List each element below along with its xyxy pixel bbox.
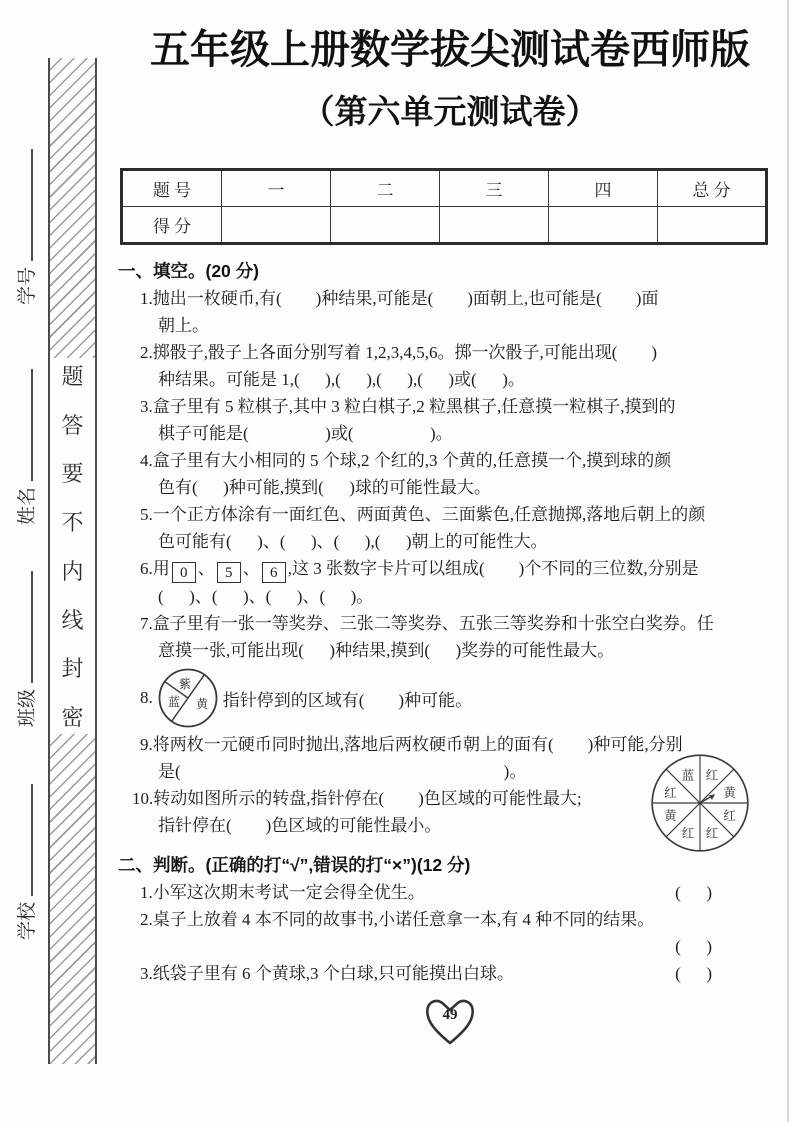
- name-label: 姓名: [12, 487, 39, 525]
- judge-item-3-answer-bracket: ( ): [675, 960, 712, 987]
- school-label: 学校: [12, 902, 39, 940]
- name-blank-line: [18, 369, 33, 481]
- card-separator: 、: [198, 559, 215, 578]
- seal-char: 要: [61, 457, 83, 488]
- score-header-cell: 题 号: [122, 170, 222, 207]
- question-6-line-1: 6.用0、5、6,这 3 张数字卡片可以组成( )个不同的三位数,分别是: [118, 555, 782, 583]
- questions-9-10-block: 9.将两枚一元硬币同时抛出,落地后两枚硬币朝上的面有( )种可能,分别 是( )…: [118, 731, 782, 839]
- question-8-text: 指针停到的区域有( )种可能。: [223, 686, 472, 711]
- page-number-badge: 49: [118, 993, 782, 1047]
- judge-item-2-answer-bracket: ( ): [118, 933, 782, 960]
- question-4-line-1: 4.盒子里有大小相同的 5 个球,2 个红的,3 个黄的,任意摸一个,摸到球的颜: [118, 447, 782, 474]
- page-title: 五年级上册数学拔尖测试卷西师版: [118, 26, 782, 74]
- score-table-header-row: 题 号 一 二 三 四 总 分: [122, 170, 767, 207]
- question-6-text: ,这 3 张数字卡片可以组成( )个不同的三位数,分别是: [288, 559, 699, 578]
- school-blank-line: [18, 784, 33, 896]
- spinner-label-yellow: 黄: [196, 697, 209, 711]
- score-header-cell: 二: [331, 170, 440, 207]
- student-id-blank-line: [18, 149, 33, 261]
- student-id-label: 学号: [12, 267, 39, 305]
- score-cell-empty: [331, 207, 440, 244]
- question-8-number: 8.: [140, 688, 153, 708]
- seal-hatch-top: [50, 58, 95, 358]
- section-1-heading: 一、填空。(20 分): [118, 258, 782, 285]
- question-8: 8. 紫 蓝 黄 指针停到的区域有( )种可能。: [118, 667, 782, 729]
- question-2-line-2: 种结果。可能是 1,( ),( ),( ),( )或( )。: [118, 366, 782, 393]
- seal-char: 密: [61, 701, 83, 732]
- score-header-cell: 三: [440, 170, 549, 207]
- seal-char: 封: [61, 652, 83, 683]
- seal-char: 线: [61, 604, 83, 635]
- judge-item-2-text: 2.桌子上放着 4 本不同的故事书,小诺任意拿一本,有 4 种不同的结果。: [140, 906, 654, 933]
- score-cell-empty: [658, 207, 767, 244]
- question-5-line-1: 5.一个正方体涂有一面红色、两面黄色、三面紫色,任意抛掷,落地后朝上的颜: [118, 501, 782, 528]
- heart-icon: 49: [420, 993, 480, 1047]
- score-row-label: 得 分: [122, 207, 222, 244]
- digit-card-0: 0: [172, 562, 196, 583]
- question-6-line-2: ( )、( )、( )、( )。: [118, 583, 782, 610]
- school-field: 学校: [12, 770, 38, 940]
- seal-char: 答: [61, 409, 83, 440]
- score-table: 题 号 一 二 三 四 总 分 得 分: [120, 168, 768, 245]
- spinner-label-blue: 蓝: [168, 694, 180, 709]
- score-table-score-row: 得 分: [122, 207, 767, 244]
- question-4-line-2: 色有( )种可能,摸到( )球的可能性最大。: [118, 474, 782, 501]
- class-blank-line: [18, 571, 33, 683]
- wheel-sector-label: 黄: [723, 786, 736, 800]
- spinner-wheel-8-sectors: 蓝 红 黄 红 红 红 黄 红: [648, 751, 752, 855]
- question-3-line-1: 3.盒子里有 5 粒棋子,其中 3 粒白棋子,2 粒黑棋子,任意摸一粒棋子,摸到…: [118, 393, 782, 420]
- score-cell-empty: [440, 207, 549, 244]
- score-header-cell: 总 分: [658, 170, 767, 207]
- wheel-sector-label: 红: [664, 786, 677, 800]
- question-3-line-2: 棋子可能是( )或( )。: [118, 420, 782, 447]
- section-2-heading: 二、判断。(正确的打“√”,错误的打“×”)(12 分): [118, 852, 782, 879]
- seal-char: 不: [61, 506, 83, 537]
- judge-item-1: 1.小军这次期末考试一定会得全优生。 ( ): [118, 879, 782, 906]
- seal-char: 题: [61, 360, 83, 391]
- card-separator: 、: [243, 559, 260, 578]
- score-cell-empty: [222, 207, 331, 244]
- seal-line-text: 题 答 要 不 内 线 封 密: [48, 360, 97, 732]
- class-field: 班级: [12, 557, 38, 727]
- score-header-cell: 四: [549, 170, 658, 207]
- judge-item-3: 3.纸袋子里有 6 个黄球,3 个白球,只可能摸出白球。 ( ): [118, 960, 782, 987]
- page-number: 49: [443, 1007, 458, 1023]
- class-label: 班级: [12, 689, 39, 727]
- judge-item-1-answer-bracket: ( ): [675, 879, 712, 906]
- question-6-prefix: 6.用: [140, 559, 170, 578]
- student-id-field: 学号: [12, 135, 38, 305]
- judge-item-1-text: 1.小军这次期末考试一定会得全优生。: [140, 879, 425, 906]
- wheel-sector-label: 红: [706, 827, 719, 841]
- wheel-sector-label: 红: [682, 827, 695, 841]
- page-subtitle: （第六单元测试卷）: [118, 92, 782, 132]
- spinner-label-purple: 紫: [179, 676, 191, 691]
- question-1-line-2: 朝上。: [118, 312, 782, 339]
- question-5-line-2: 色可能有( )、( )、( ),( )朝上的可能性大。: [118, 528, 782, 555]
- judge-item-3-text: 3.纸袋子里有 6 个黄球,3 个白球,只可能摸出白球。: [140, 960, 514, 987]
- wheel-sector-label: 黄: [664, 809, 677, 823]
- wheel-sector-label: 红: [723, 809, 736, 823]
- spinner-diagram-3-regions: 紫 蓝 黄: [157, 667, 219, 729]
- judge-item-2: 2.桌子上放着 4 本不同的故事书,小诺任意拿一本,有 4 种不同的结果。: [118, 906, 782, 933]
- question-7-line-1: 7.盒子里有一张一等奖券、三张二等奖券、五张三等奖券和十张空白奖券。任: [118, 610, 782, 637]
- score-header-cell: 一: [222, 170, 331, 207]
- wheel-sector-label: 蓝: [682, 767, 694, 782]
- digit-card-5: 5: [217, 562, 241, 583]
- test-paper: 五年级上册数学拔尖测试卷西师版 （第六单元测试卷） 题 号 一 二 三 四 总 …: [118, 0, 782, 1047]
- page-edge-line: [787, 0, 789, 1122]
- seal-hatch-bottom: [50, 734, 95, 1064]
- question-1-line-1: 1.抛出一枚硬币,有( )种结果,可能是( )面朝上,也可能是( )面: [118, 285, 782, 312]
- question-7-line-2: 意摸一张,可能出现( )种结果,摸到( )奖券的可能性最大。: [118, 637, 782, 664]
- seal-char: 内: [61, 555, 83, 586]
- seal-margin: 学号 姓名 班级 学校 题 答 要 不 内 线 封 密: [0, 0, 118, 1122]
- name-field: 姓名: [12, 355, 38, 525]
- wheel-sector-label: 红: [706, 768, 719, 782]
- question-2-line-1: 2.掷骰子,骰子上各面分别写着 1,2,3,4,5,6。掷一次骰子,可能出现( …: [118, 339, 782, 366]
- digit-card-6: 6: [262, 562, 286, 583]
- score-cell-empty: [549, 207, 658, 244]
